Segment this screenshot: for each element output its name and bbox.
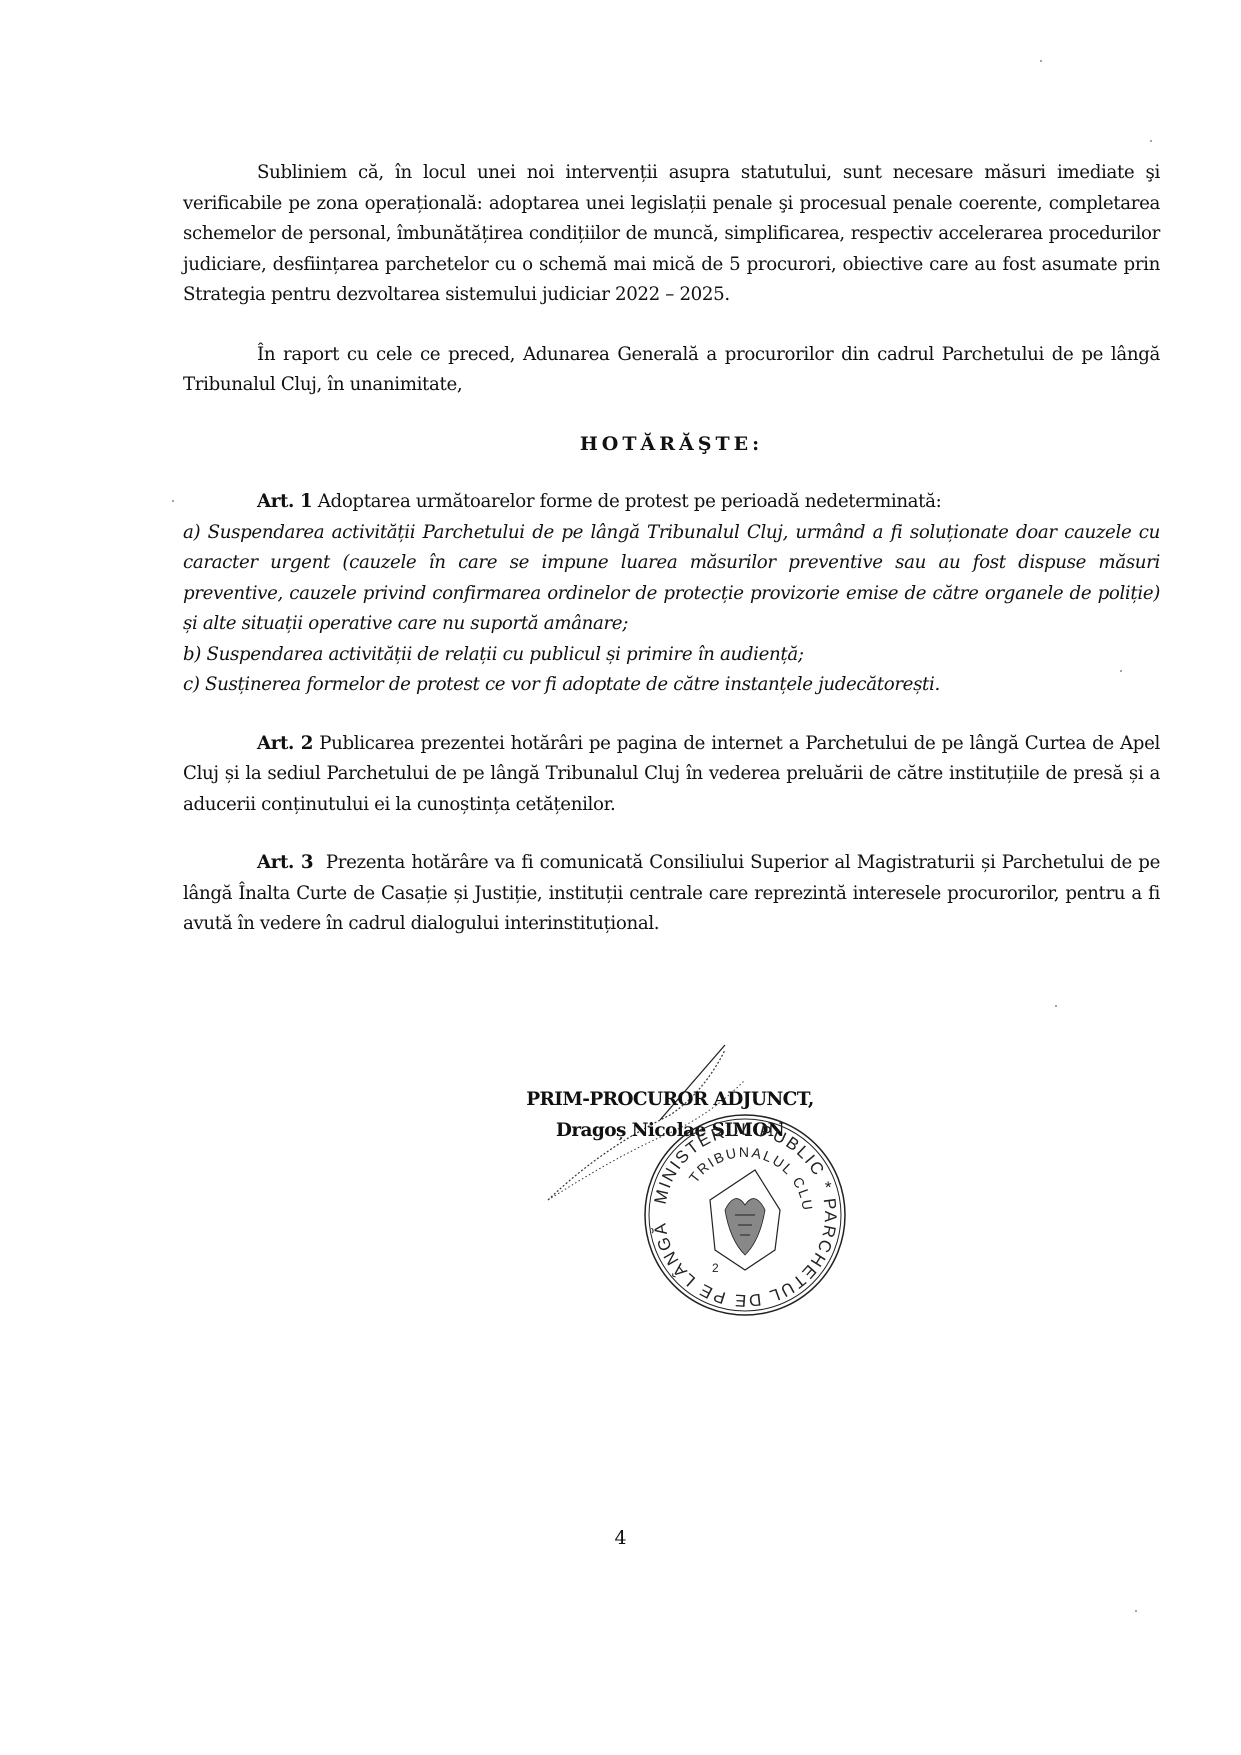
scan-speck [172,500,174,502]
article-3: Art. 3 Prezenta hotărâre va fi comunicat… [183,848,1160,940]
coat-of-arms-icon [710,1170,780,1270]
article-2: Art. 2 Publicarea prezentei hotărâri pe … [183,729,1160,821]
preamble-paragraph: În raport cu cele ce preced, Adunarea Ge… [183,340,1160,401]
scan-speck [1150,140,1152,142]
scan-speck [1120,670,1122,672]
article-1-item-b: b) Suspendarea activității de relații cu… [183,640,1160,671]
article-3-text: Prezenta hotărâre va fi comunicată Consi… [183,852,1165,934]
intro-paragraph: Subliniem că, în locul unei noi interven… [183,158,1160,311]
article-3-label: Art. 3 [257,852,313,873]
article-2-label: Art. 2 [257,733,313,754]
article-1-item-a: a) Suspendarea activității Parchetului d… [183,518,1160,640]
stamp-number: 2 [712,1261,719,1275]
scan-speck [1135,1610,1137,1612]
page-number: 4 [0,1527,1241,1549]
scan-speck [1055,1005,1057,1007]
article-1-text: Adoptarea următoarelor forme de protest … [312,491,941,512]
official-stamp: MINISTERUL PUBLIC * PARCHETUL DE PE LÂNG… [640,1110,850,1320]
document-page: Subliniem că, în locul unei noi interven… [183,158,1160,940]
article-2-text: Publicarea prezentei hotărâri pe pagina … [183,733,1160,815]
decision-title: HOTĂRĂŞTE: [183,429,1160,460]
scan-speck [1040,60,1042,62]
article-1: Art. 1 Adoptarea următoarelor forme de p… [183,487,1160,518]
article-1-item-c: c) Susținerea formelor de protest ce vor… [183,670,1160,701]
article-1-label: Art. 1 [257,491,312,512]
